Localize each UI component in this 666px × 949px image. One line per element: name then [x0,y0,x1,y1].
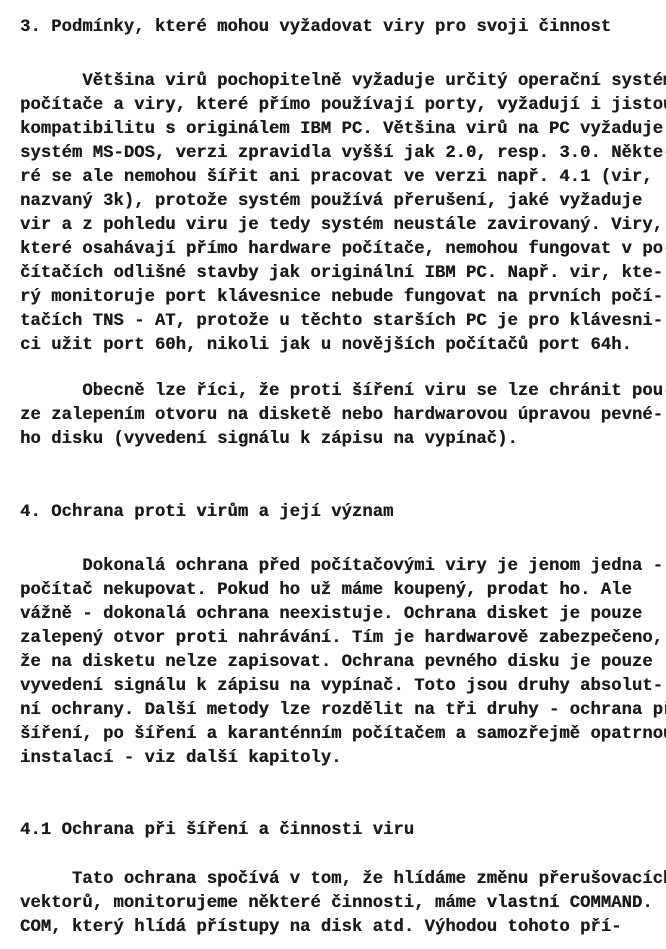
section-3-p1-line-10: rý monitoruje port klávesnice nebude fun… [20,288,663,308]
section-4-1-heading: 4.1 Ochrana při šíření a činnosti viru [20,821,414,841]
section-3-p2-line-2: ze zalepením otvoru na disketě nebo hard… [20,406,663,426]
section-3-p1-line-2: počítače a viry, které přímo používají p… [20,96,666,116]
section-4-p1-line-9: instalací - viz další kapitoly. [20,749,341,769]
section-4-1-p1-line-1: Tato ochrana spočívá v tom, že hlídáme z… [20,870,666,890]
section-3-heading: 3. Podmínky, které mohou vyžadovat viry … [20,18,611,38]
section-4-p1-line-7: ní ochrany. Další metody lze rozdělit na… [20,701,666,721]
section-3-p2-line-1: Obecně lze říci, že proti šíření viru se… [20,382,666,402]
section-4-p1-line-4: zalepený otvor proti nahrávání. Tím je h… [20,629,663,649]
section-3-p1-line-11: tačích TNS - AT, protože u těchto starší… [20,312,663,332]
section-4-1-p1-line-3: COM, který hlídá přístupy na disk atd. V… [20,918,622,938]
section-3-p1-line-5: ré se ale nemohou šířit ani pracovat ve … [20,168,653,188]
section-4-p1-line-8: šíření, po šíření a karanténním počítače… [20,725,666,745]
section-3-p1-line-7: vir a z pohledu viru je tedy systém neus… [20,216,663,236]
section-4-p1-line-5: že na disketu nelze zapisovat. Ochrana p… [20,653,653,673]
section-4-1-p1-line-2: vektorů, monitorujeme některé činnosti, … [20,894,653,914]
section-3-p1-line-4: systém MS-DOS, verzi zpravidla vyšší jak… [20,144,666,164]
section-3-p1-line-1: Většina virů pochopitelně vyžaduje určit… [20,72,666,92]
section-3-p1-line-3: kompatibilitu s originálem IBM PC. Větši… [20,120,663,140]
section-4-p1-line-3: vážně - dokonalá ochrana neexistuje. Och… [20,605,642,625]
section-3-p2-line-3: ho disku (vyvedení signálu k zápisu na v… [20,430,518,450]
document-page: 3. Podmínky, které mohou vyžadovat viry … [0,0,666,949]
section-3-p1-line-12: ci užit port 60h, nikoli jak u novějších… [20,336,632,356]
section-3-p1-line-9: čítačích odlišné stavby jak originální I… [20,264,663,284]
section-3-p1-line-6: nazvaný 3k), protože systém používá přer… [20,192,642,212]
section-4-p1-line-2: počítač nekupovat. Pokud ho už máme koup… [20,581,632,601]
section-3-p1-line-8: které osahávají přímo hardware počítače,… [20,240,666,260]
section-4-heading: 4. Ochrana proti virům a její význam [20,503,393,523]
section-4-p1-line-6: vyvedení signálu k zápisu na vypínač. To… [20,677,663,697]
section-4-p1-line-1: Dokonalá ochrana před počítačovými viry … [20,557,663,577]
